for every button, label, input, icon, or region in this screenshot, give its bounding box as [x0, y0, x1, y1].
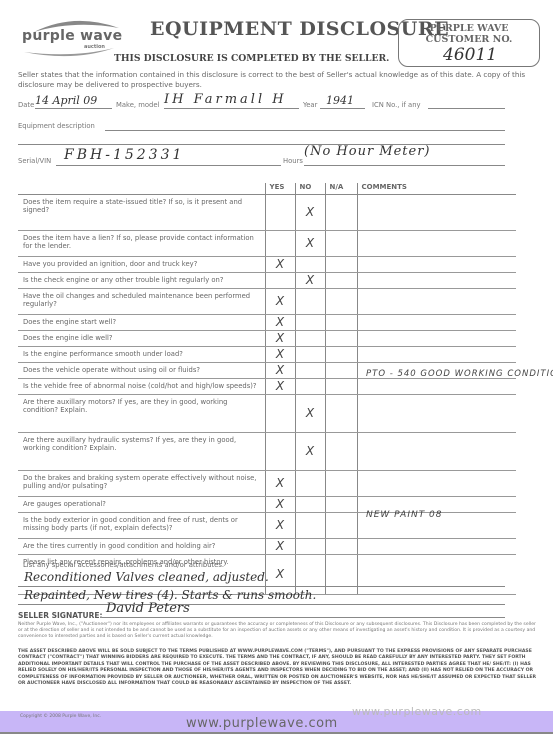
checkmark-x-icon: X [276, 257, 284, 271]
answer-cell-yes[interactable] [265, 432, 295, 470]
table-row: Is the check engine or any other trouble… [18, 272, 516, 288]
answer-cell-yes[interactable] [265, 394, 295, 432]
field-row-basic: Date 14 April 09 Make, model IH Farmall … [18, 94, 516, 110]
answer-cell-no[interactable]: X [295, 394, 325, 432]
table-row: Have the oil changes and scheduled maint… [18, 288, 516, 314]
logo: purple wave [22, 28, 122, 44]
answer-cell-yes[interactable] [265, 194, 295, 230]
answer-cell-yes[interactable]: X [265, 256, 295, 272]
question-text: Do the brakes and braking system operate… [18, 470, 265, 496]
table-row: Do the brakes and braking system operate… [18, 470, 516, 496]
icn-field[interactable] [428, 94, 505, 109]
table-row: Does the engine idle well?X [18, 330, 516, 346]
answer-cell-na[interactable] [325, 330, 357, 346]
answer-cell-yes[interactable]: X [265, 496, 295, 512]
checkmark-x-icon: X [276, 476, 284, 490]
answer-cell-no[interactable] [295, 362, 325, 378]
table-row: Is the vehide free of abnormal noise (co… [18, 378, 516, 394]
answer-cell-na[interactable] [325, 394, 357, 432]
checkmark-x-icon: X [306, 406, 314, 420]
answer-cell-yes[interactable]: X [265, 512, 295, 538]
signature-label: SELLER SIGNATURE: [18, 611, 103, 620]
question-text: Are gauges operational? [18, 496, 265, 512]
question-text: Does the item require a state-issued tit… [18, 194, 265, 230]
answer-cell-yes[interactable] [265, 272, 295, 288]
answer-cell-yes[interactable]: X [265, 314, 295, 330]
table-row: Does the item have a lien? If so, please… [18, 230, 516, 256]
answer-cell-na[interactable] [325, 256, 357, 272]
table-row: Are the tires currently in good conditio… [18, 538, 516, 554]
checkmark-x-icon: X [276, 294, 284, 308]
table-row: Does the engine start well?X [18, 314, 516, 330]
year-field[interactable]: 1941 [320, 94, 365, 109]
customer-number-value: 46011 [443, 45, 497, 65]
checkmark-x-icon: X [306, 236, 314, 250]
comment-cell[interactable] [357, 256, 516, 272]
checkmark-x-icon: X [276, 347, 284, 361]
comment-cell[interactable] [357, 314, 516, 330]
col-comments: COMMENTS [357, 183, 516, 194]
answer-cell-na[interactable] [325, 362, 357, 378]
table-row: Is the engine performance smooth under l… [18, 346, 516, 362]
checkmark-x-icon: X [276, 315, 284, 329]
col-yes: YES [265, 183, 295, 194]
question-text: Does the item have a lien? If so, please… [18, 230, 265, 256]
icn-label: ICN No., if any [372, 101, 421, 109]
date-field[interactable]: 14 April 09 [35, 94, 112, 109]
answer-cell-no[interactable]: X [295, 432, 325, 470]
checkmark-x-icon: X [276, 518, 284, 532]
comment-cell[interactable] [357, 346, 516, 362]
comment-cell[interactable] [357, 272, 516, 288]
page-subtitle: THIS DISCLOSURE IS COMPLETED BY THE SELL… [114, 53, 389, 64]
answer-cell-na[interactable] [325, 194, 357, 230]
question-text: Is the body exterior in good condition a… [18, 512, 265, 538]
comment-cell[interactable] [357, 538, 516, 554]
checkmark-x-icon: X [276, 331, 284, 345]
answer-cell-na[interactable] [325, 378, 357, 394]
comment-cell[interactable] [357, 470, 516, 496]
answer-cell-no[interactable] [295, 470, 325, 496]
checkmark-x-icon: X [306, 444, 314, 458]
date-label: Date [18, 101, 34, 109]
answer-cell-no[interactable] [295, 256, 325, 272]
answer-cell-no[interactable] [295, 496, 325, 512]
answer-cell-na[interactable] [325, 346, 357, 362]
year-label: Year [303, 101, 317, 109]
table-row: Have you provided an ignition, door and … [18, 256, 516, 272]
accessories-line-2[interactable]: Repainted, New tires (4). Starts & runs … [24, 588, 316, 602]
answer-cell-na[interactable] [325, 470, 357, 496]
serial-label: Serial/VIN [18, 157, 51, 165]
make-label: Make, model [116, 101, 159, 109]
make-model-field[interactable]: IH Farmall H [164, 92, 299, 109]
comment-cell[interactable] [357, 194, 516, 230]
comment-recent-repairs: NEW PAINT 08 [366, 510, 443, 520]
answer-cell-na[interactable] [325, 272, 357, 288]
answer-cell-yes[interactable]: X [265, 346, 295, 362]
answer-cell-yes[interactable]: X [265, 378, 295, 394]
answer-cell-na[interactable] [325, 512, 357, 538]
comment-cell[interactable] [357, 330, 516, 346]
comment-cell[interactable] [357, 394, 516, 432]
table-row: Does the item require a state-issued tit… [18, 194, 516, 230]
checkmark-x-icon: X [276, 363, 284, 377]
question-text: Have the oil changes and scheduled maint… [18, 288, 265, 314]
comment-auxiliary-motors: PTO - 540 GOOD WORKING CONDITION. [366, 369, 553, 379]
hours-label: Hours [283, 157, 303, 165]
answer-cell-no[interactable]: X [295, 194, 325, 230]
intro-statement: Seller states that the information conta… [18, 70, 548, 89]
footer-url[interactable]: www.purplewave.com [186, 716, 338, 731]
answer-cell-yes[interactable]: X [265, 330, 295, 346]
comment-cell[interactable] [357, 432, 516, 470]
question-text: Does the vehicle operate without using o… [18, 362, 265, 378]
description-field[interactable] [105, 118, 505, 131]
checkmark-x-icon: X [276, 539, 284, 553]
customer-number-box: PURPLE WAVE CUSTOMER NO. 46011 [398, 19, 540, 67]
disclaimer-text: Neither Purple Wave, Inc., ("Auctioneer"… [18, 622, 540, 640]
signature-field[interactable]: David Peters [102, 601, 505, 618]
answer-cell-no[interactable] [295, 330, 325, 346]
question-text: Does the engine start well? [18, 314, 265, 330]
footer-url-watermark: www.purplewave.com [352, 705, 482, 718]
field-row-description: Equipment description [18, 118, 506, 132]
answer-cell-no[interactable] [295, 314, 325, 330]
accessories-label: List any special accessories/attachments… [23, 561, 224, 569]
customer-number-label: PURPLE WAVE CUSTOMER NO. [399, 23, 539, 45]
answer-cell-yes[interactable]: X [265, 362, 295, 378]
comment-cell[interactable] [357, 554, 516, 594]
comment-cell[interactable] [357, 288, 516, 314]
question-text: Are the tires currently in good conditio… [18, 538, 265, 554]
answer-cell-no[interactable]: X [295, 230, 325, 256]
disclosure-table: YES NO N/A COMMENTS Does the item requir… [18, 183, 516, 595]
footer-bar: Copyright © 2008 Purple Wave, Inc. www.p… [0, 711, 553, 734]
answer-cell-na[interactable] [325, 538, 357, 554]
answer-cell-no[interactable] [295, 288, 325, 314]
question-text: Are there auxillary motors? If yes, are … [18, 394, 265, 432]
answer-cell-yes[interactable]: X [265, 288, 295, 314]
hours-field[interactable]: (No Hour Meter) [304, 144, 505, 166]
question-text: Is the engine performance smooth under l… [18, 346, 265, 362]
checkmark-x-icon: X [276, 567, 284, 581]
answer-cell-na[interactable] [325, 496, 357, 512]
checkmark-x-icon: X [276, 379, 284, 393]
answer-cell-no[interactable] [295, 378, 325, 394]
answer-cell-no[interactable] [295, 512, 325, 538]
answer-cell-yes[interactable]: X [265, 470, 295, 496]
question-text: Does the engine idle well? [18, 330, 265, 346]
checkmark-x-icon: X [306, 273, 314, 287]
question-text: Is the vehide free of abnormal noise (co… [18, 378, 265, 394]
terms-text: THE ASSET DESCRIBED ABOVE WILL BE SOLD S… [18, 649, 540, 687]
answer-cell-no[interactable]: X [295, 272, 325, 288]
col-na: N/A [325, 183, 357, 194]
answer-cell-no[interactable] [295, 538, 325, 554]
logo-sub: auction [84, 44, 105, 50]
question-text: Have you provided an ignition, door and … [18, 256, 265, 272]
serial-field[interactable]: FBH-152331 [56, 147, 281, 166]
checkmark-x-icon: X [306, 205, 314, 219]
table-row: Are there auxillary motors? If yes, are … [18, 394, 516, 432]
question-text: Is the check engine or any other trouble… [18, 272, 265, 288]
answer-cell-no[interactable] [295, 346, 325, 362]
answer-cell-na[interactable] [325, 230, 357, 256]
answer-cell-na[interactable] [325, 314, 357, 330]
answer-cell-yes[interactable] [265, 230, 295, 256]
question-text: Are there auxillary hydraulic systems? I… [18, 432, 265, 470]
field-row-serial: Serial/VIN FBH-152331 Hours (No Hour Met… [18, 147, 506, 167]
checkmark-x-icon: X [276, 497, 284, 511]
answer-cell-na[interactable] [325, 288, 357, 314]
table-row: Are there auxillary hydraulic systems? I… [18, 432, 516, 470]
comment-cell[interactable] [357, 378, 516, 394]
answer-cell-na[interactable] [325, 432, 357, 470]
copyright: Copyright © 2008 Purple Wave, Inc. [20, 714, 101, 719]
answer-cell-na[interactable] [325, 554, 357, 594]
accessories-line-1[interactable]: Reconditioned Valves cleaned, adjusted. [24, 570, 269, 584]
answer-cell-yes[interactable]: X [265, 538, 295, 554]
col-no: NO [295, 183, 325, 194]
description-label: Equipment description [18, 122, 95, 130]
comment-cell[interactable] [357, 230, 516, 256]
